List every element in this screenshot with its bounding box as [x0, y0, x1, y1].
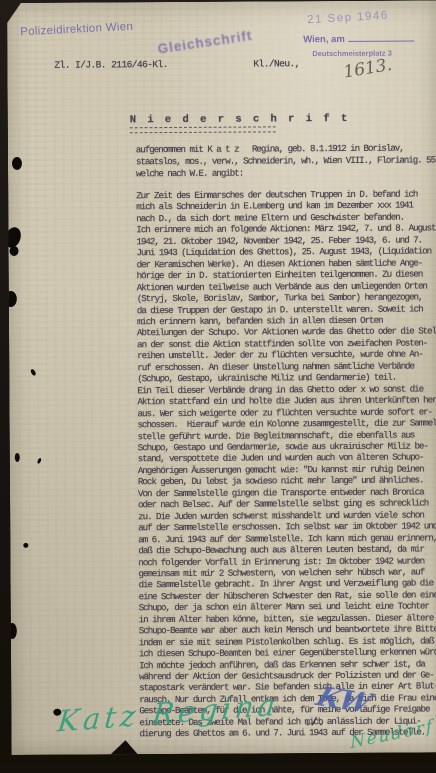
place-stamp-blank-line — [348, 33, 414, 42]
ink-blot — [23, 543, 28, 548]
reference-number: Zl. I/J.B. 2116/46-Kl. — [54, 59, 168, 71]
ink-blot — [53, 709, 61, 716]
place-stamp: Wien, am — [303, 33, 414, 46]
ink-blot — [15, 453, 20, 462]
ink-blot — [8, 623, 17, 639]
ink-blot — [30, 368, 37, 376]
agency-stamp: Polizeidirektion Wien — [20, 21, 134, 39]
clerk-initials: Kl./Neu., — [253, 58, 299, 69]
ink-blot — [9, 246, 18, 256]
page-title: N i e d e r s c h r i f t — [130, 113, 350, 126]
ink-blot — [5, 291, 17, 307]
date-received-stamp: 21 Sep 1946 — [307, 10, 389, 27]
photo-frame-edge — [0, 761, 436, 773]
title-block: N i e d e r s c h r i f t — [130, 113, 350, 133]
ink-blot — [37, 457, 42, 464]
handwritten-number: 1613. — [342, 55, 393, 83]
body-paragraph: Zur Zeit des Einmarsches der deutschen T… — [136, 188, 436, 740]
photo-background: Polizeidirektion Wien Gleichschrift 21 S… — [0, 0, 436, 773]
torn-corner — [110, 740, 139, 755]
place-stamp-label: Wien, am — [303, 34, 345, 45]
title-underline — [130, 126, 276, 133]
ink-blot — [12, 157, 22, 170]
closing-mark: ./. — [304, 717, 324, 729]
copy-note-stamp: Gleichschrift — [157, 28, 254, 57]
document-page: Polizeidirektion Wien Gleichschrift 21 S… — [7, 0, 436, 755]
intro-paragraph: aufgenommen mit K a t z Regina, geb. 8.1… — [136, 142, 435, 180]
